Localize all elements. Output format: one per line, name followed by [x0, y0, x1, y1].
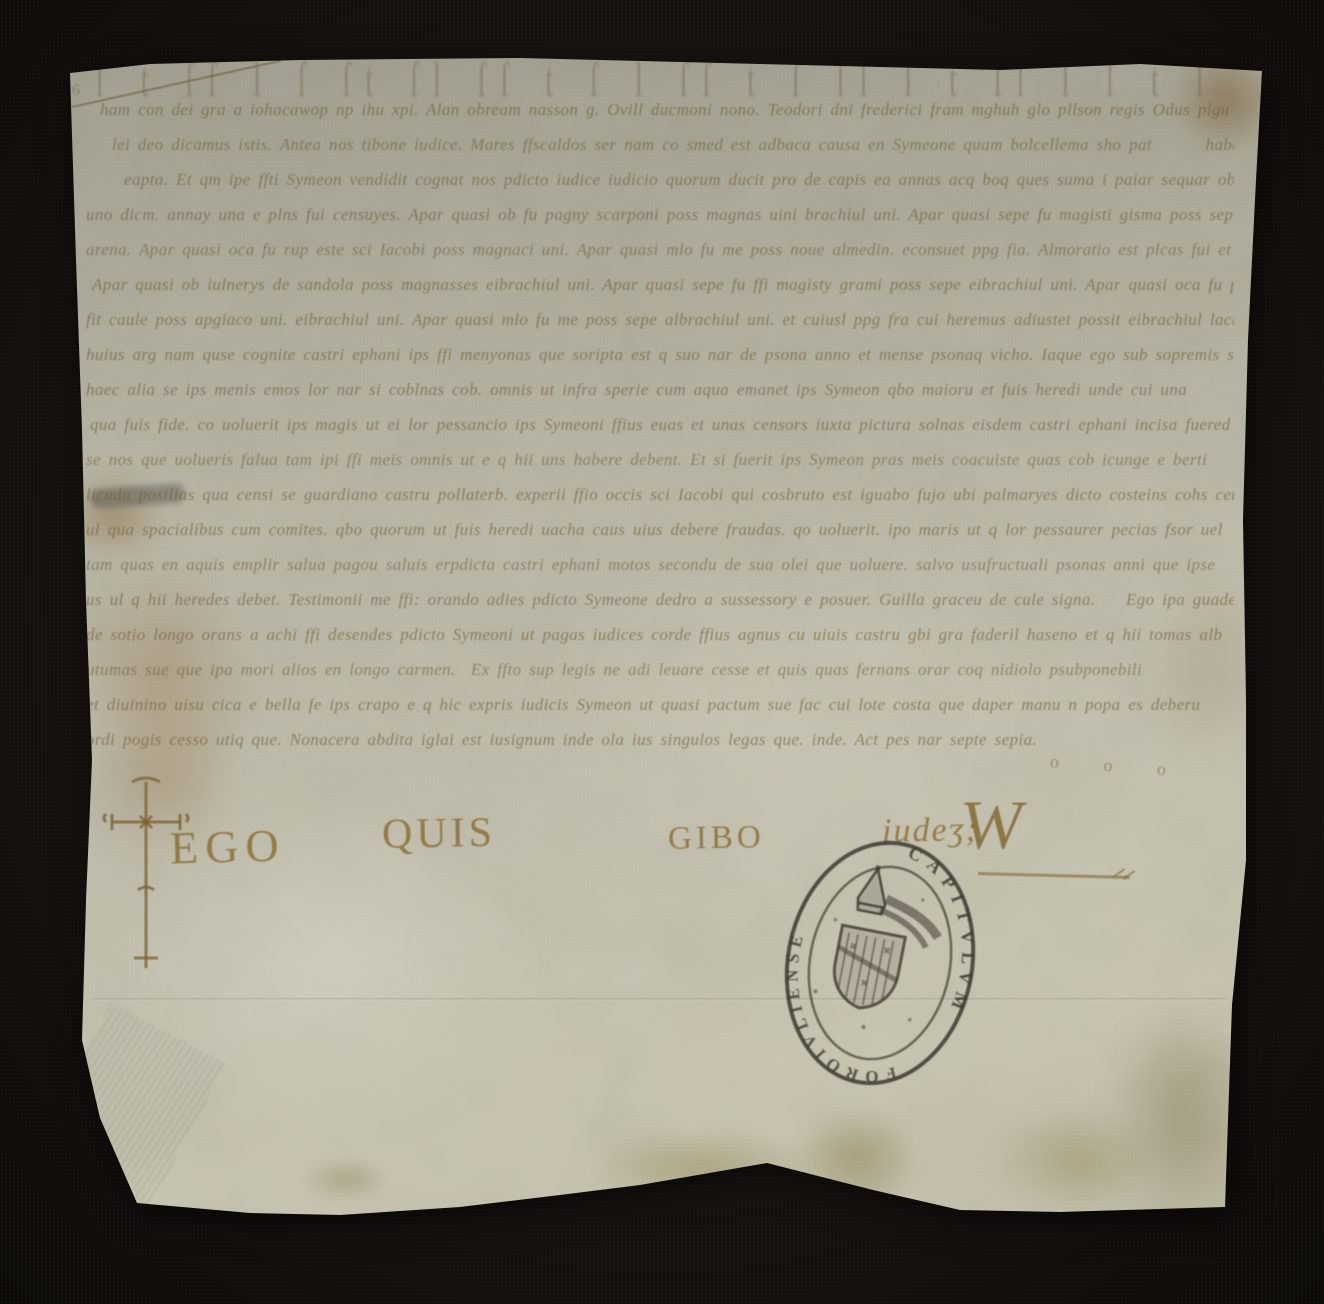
parchment-shadow: ſ t ſſ l ſ ſt ſl ſſ t ſ l ſſ t ſ ſl ſ t …: [0, 0, 1324, 1304]
manuscript-text-block: ham con dei gra a iohacawop np ihu xpi. …: [86, 100, 1234, 765]
archive-stamp: CAPITVLVM FOROIVLIENSE: [760, 823, 1020, 1123]
manuscript-line: us ul q hii heredes debet. Testimonii me…: [86, 590, 1234, 625]
manuscript-line: eapta. Et qm ipe ffti Symeon vendidit co…: [86, 170, 1234, 205]
manuscript-line: qua fuis fide. co uoluerit ips magis ut …: [86, 415, 1234, 450]
signature-quis: QUIS: [382, 809, 497, 859]
signature-ego: EGO: [169, 818, 286, 874]
manuscript-line: huius arg nam quse cognite castri ephani…: [86, 345, 1234, 380]
manuscript-line: ul qua spacialibus cum comites. qbo quor…: [86, 520, 1234, 555]
manuscript-line: tam quas en aquis emplir salua pagou sal…: [86, 555, 1234, 590]
manuscript-line: arena. Apar quasi oca fu rup este sci Ia…: [86, 240, 1234, 275]
manuscript-line: de sotio longo orans a achi ffi desendes…: [86, 625, 1234, 660]
archival-corner-mark: 6: [72, 82, 80, 100]
parchment-charter: ſ t ſſ l ſ ſt ſl ſſ t ſ l ſſ t ſ ſl ſ t …: [0, 0, 1324, 1304]
manuscript-line: licuda posilias qua censi se guardiano c…: [86, 485, 1234, 520]
manuscript-line: Apar quasi ob iulnerys de sandola poss m…: [86, 275, 1234, 310]
notary-cross-monogram: [100, 772, 192, 984]
manuscript-line: uno dicm. annay una e plns fui censuyes.…: [86, 205, 1234, 240]
manuscript-line: lei deo dicamus istis. Antea nos tibone …: [86, 135, 1234, 170]
stamp-mitre-icon: [856, 863, 892, 914]
manuscript-line: haec alia se ips menis emos lor nar si c…: [86, 380, 1234, 415]
manuscript-line: se nos que uolueris falua tam ipi ffi me…: [86, 450, 1234, 485]
manuscript-line: fit caule poss apgiaco uni. eibrachiul u…: [86, 310, 1234, 345]
manuscript-line: utumas sue que ipa mori alios en longo c…: [86, 660, 1234, 695]
stamp-shield-icon: [828, 925, 906, 1014]
signature-gibo: GIBO: [668, 819, 765, 858]
photograph-background: ſ t ſſ l ſ ſt ſl ſſ t ſ l ſſ t ſ ſl ſ t …: [0, 0, 1324, 1304]
manuscript-line: et diuinino uisu cica e bella fe ips cra…: [86, 695, 1234, 730]
manuscript-line: ham con dei gra a iohacawop np ihu xpi. …: [86, 100, 1234, 135]
